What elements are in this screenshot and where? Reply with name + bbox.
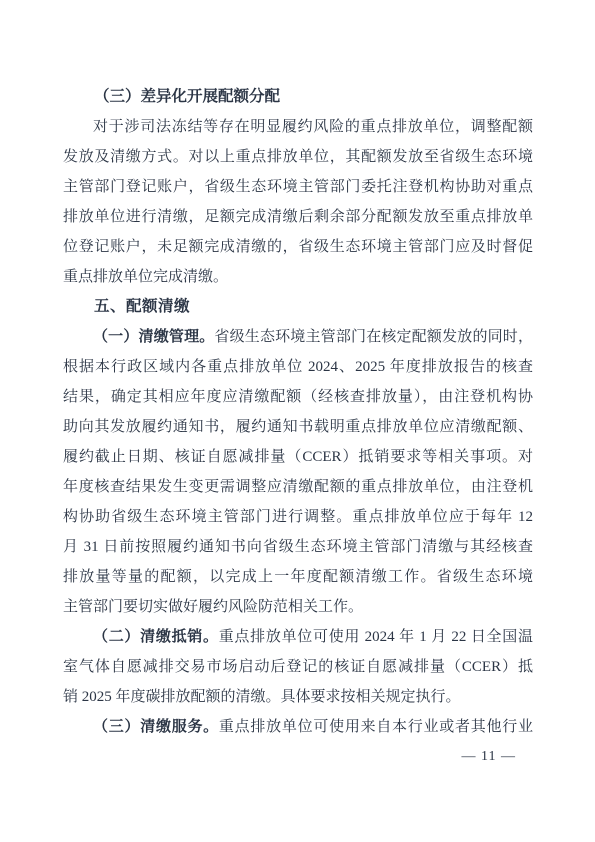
text-line: 年度核查结果发生变更需调整应清缴配额的重点排放单位，由注登机 bbox=[63, 472, 533, 502]
page-number: — 11 — bbox=[462, 742, 516, 772]
text-line: 助向其发放履约通知书，履约通知书载明重点排放单位应清缴配额、 bbox=[63, 412, 533, 442]
text-line: 构协助省级生态环境主管部门进行调整。重点排放单位应于每年 12 bbox=[63, 502, 533, 532]
text-line: 销 2025 年度碳排放配额的清缴。具体要求按相关规定执行。 bbox=[63, 682, 533, 712]
text-line: （二）清缴抵销。重点排放单位可使用 2024 年 1 月 22 日全国温 bbox=[63, 622, 533, 652]
text-line: 重点排放单位完成清缴。 bbox=[63, 262, 533, 292]
text-line: 排放量等量的配额，以完成上一年度配额清缴工作。省级生态环境 bbox=[63, 562, 533, 592]
text-line: 位登记账户，未足额完成清缴的，省级生态环境主管部门应及时督促 bbox=[63, 232, 533, 262]
text-line: 月 31 日前按照履约通知书向省级生态环境主管部门清缴与其经核查 bbox=[63, 532, 533, 562]
text-line: 结果，确定其相应年度应清缴配额（经核查排放量），由注登机构协 bbox=[63, 382, 533, 412]
document-page: （三）差异化开展配额分配对于涉司法冻结等存在明显履约风险的重点排放单位，调整配额… bbox=[0, 0, 595, 842]
paragraph-lead: （二）清缴抵销。 bbox=[93, 629, 219, 645]
paragraph-lead: （三）清缴服务。 bbox=[93, 719, 219, 735]
document-body: （三）差异化开展配额分配对于涉司法冻结等存在明显履约风险的重点排放单位，调整配额… bbox=[63, 82, 533, 742]
heading-line: 五、配额清缴 bbox=[63, 292, 533, 322]
heading-line: （三）差异化开展配额分配 bbox=[63, 82, 533, 112]
paragraph-lead: （一）清缴管理。 bbox=[93, 329, 214, 345]
text-line: （一）清缴管理。省级生态环境主管部门在核定配额发放的同时， bbox=[63, 322, 533, 352]
text-line: 履约截止日期、核证自愿减排量（CCER）抵销要求等相关事项。对 bbox=[63, 442, 533, 472]
text-line: 根据本行政区域内各重点排放单位 2024、2025 年度排放报告的核查 bbox=[63, 352, 533, 382]
text-line: 发放及清缴方式。对以上重点排放单位，其配额发放至省级生态环境 bbox=[63, 142, 533, 172]
text-line: 对于涉司法冻结等存在明显履约风险的重点排放单位，调整配额 bbox=[63, 112, 533, 142]
text-line: （三）清缴服务。重点排放单位可使用来自本行业或者其他行业 bbox=[63, 712, 533, 742]
text-line: 排放单位进行清缴，足额完成清缴后剩余部分配额发放至重点排放单 bbox=[63, 202, 533, 232]
text-line: 室气体自愿减排交易市场启动后登记的核证自愿减排量（CCER）抵 bbox=[63, 652, 533, 682]
text-line: 主管部门要切实做好履约风险防范相关工作。 bbox=[63, 592, 533, 622]
text-line: 主管部门登记账户，省级生态环境主管部门委托注登机构协助对重点 bbox=[63, 172, 533, 202]
